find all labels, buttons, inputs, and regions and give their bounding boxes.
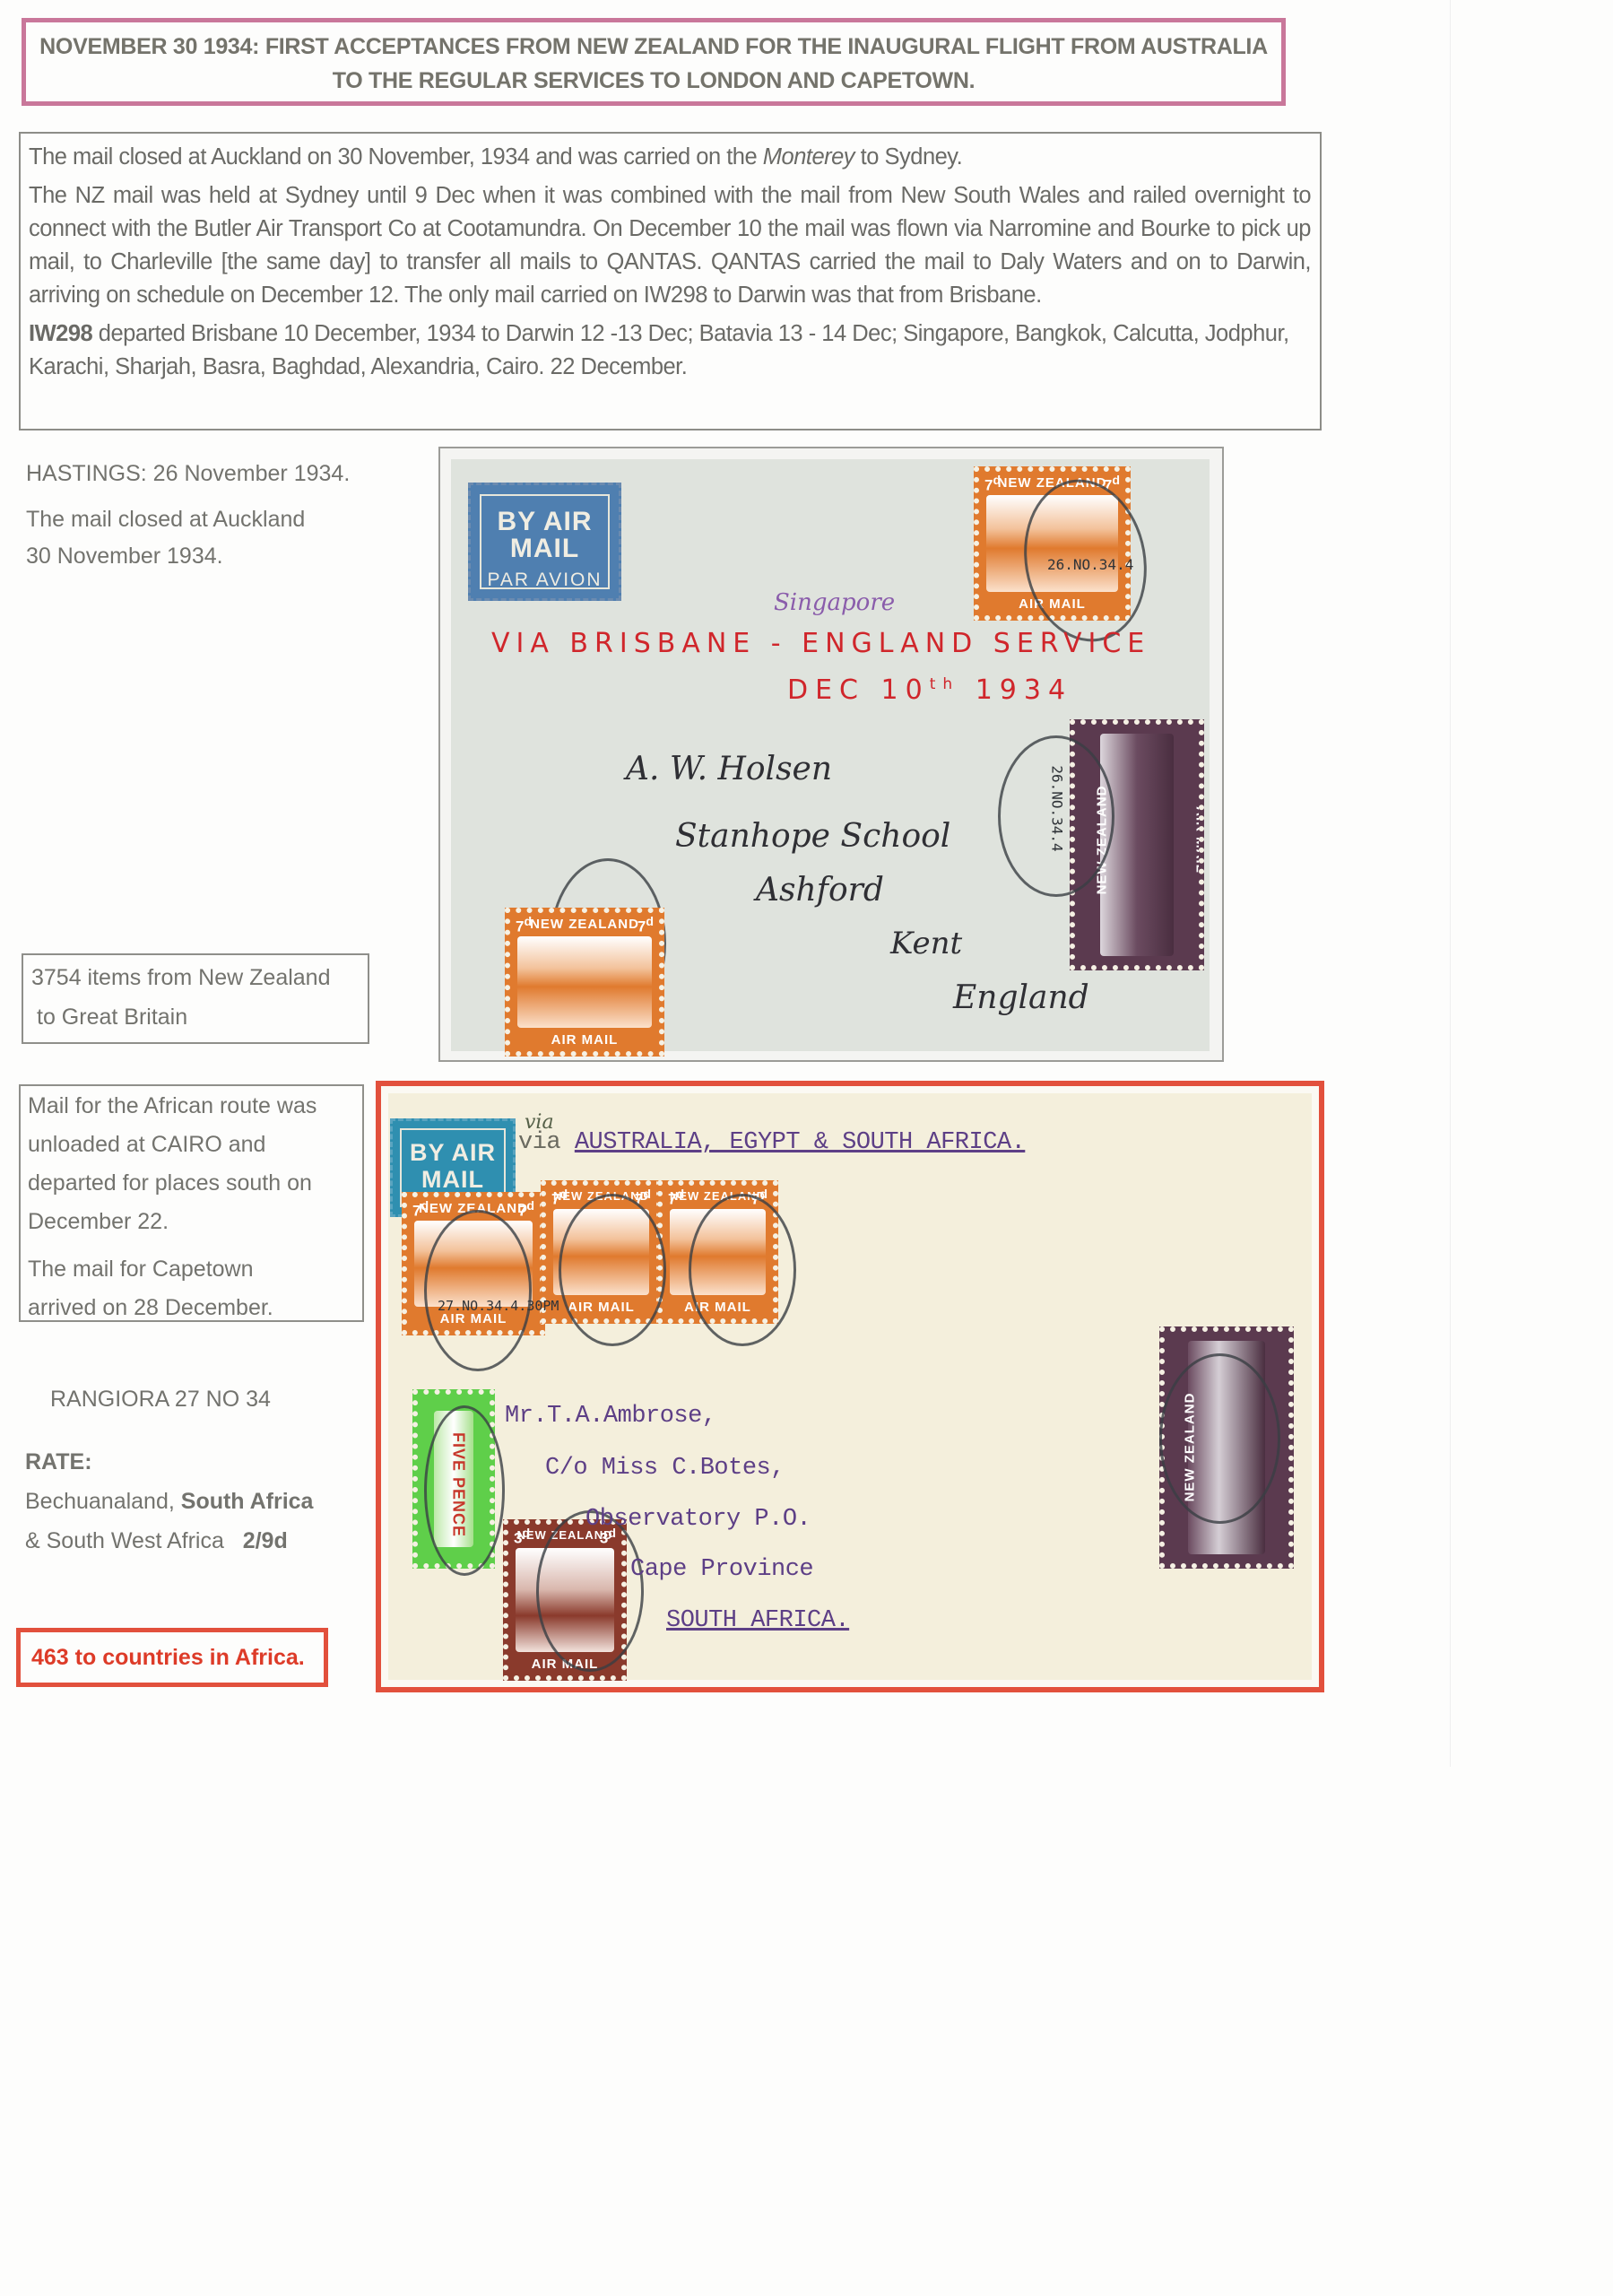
postmark-rangiora-4 [424,1405,505,1576]
page-edge-line [1450,0,1451,1767]
address2-line-3: Observatory P.O. [585,1506,811,1533]
cover2-mount: BY AIR MAIL PAR AVION via via AUSTRALIA,… [376,1081,1324,1692]
arrival-line-1: The mail for Capetown [28,1250,362,1289]
airmail-label-line2: PAR AVION [481,570,608,591]
intro-text-box: The mail closed at Auckland on 30 Novemb… [19,132,1322,430]
handwritten-singapore: Singapore [774,589,895,616]
stamp-7d-airmail-2: 7d7d NEW ZEALAND AIR MAIL [505,908,664,1057]
cover2-route-box: Mail for the African route was unloaded … [19,1084,364,1322]
intro-paragraph-3: IW298 departed Brisbane 10 December, 193… [29,317,1311,384]
address2-line-5: SOUTH AFRICA. [666,1607,849,1634]
postmark-rangiora-1 [424,1210,532,1371]
cover1-closed-line2: 30 November 1934. [26,538,403,575]
address-line-1: A. W. Holsen [626,751,832,787]
intro-paragraph-2: The NZ mail was held at Sydney until 9 D… [29,179,1311,312]
page-title-line1: NOVEMBER 30 1934: FIRST ACCEPTANCES FROM… [26,30,1281,64]
address-line-4: Kent [890,926,962,961]
route-line: via AUSTRALIA, EGYPT & SOUTH AFRICA. [518,1129,1025,1156]
rate-heading: RATE: [25,1442,366,1482]
rate-block: RATE: Bechuanaland, South Africa & South… [25,1442,366,1561]
flight-number: IW298 [29,321,92,346]
airmail-label-line1: BY AIR MAIL [481,509,608,562]
page-title-line2: TO THE REGULAR SERVICES TO LONDON AND CA… [26,64,1281,98]
postmark-rangiora-3 [689,1194,796,1346]
route-line-3: departed for places south on [28,1164,362,1203]
address-line-5: England [953,979,1089,1016]
route-line-2: unloaded at CAIRO and [28,1126,362,1164]
cover1-count-line2: to Great Britain [31,997,368,1037]
route-line-4: December 22. [28,1203,362,1241]
cover1-closed-line1: The mail closed at Auckland [26,501,403,538]
cover1-notes: HASTINGS: 26 November 1934. The mail clo… [26,456,403,575]
rate-line-1: Bechuanaland, South Africa [25,1482,366,1521]
rangiora-caption: RANGIORA 27 NO 34 [50,1381,271,1418]
route-destinations: AUSTRALIA, EGYPT & SOUTH AFRICA. [575,1129,1025,1156]
postmark-rangiora-2 [559,1194,666,1346]
handwritten-date: DEC 10th 1934 [787,674,1072,706]
cover1-mount: BY AIR MAIL PAR AVION 7d7d NEW ZEALAND A… [438,447,1224,1062]
cover1-count-line1: 3754 items from New Zealand [31,958,368,997]
airmail-label: BY AIR MAIL PAR AVION [468,483,621,601]
postmark-date: 26.NO.34.4 [1047,556,1133,573]
address2-line-4: Cape Province [630,1556,813,1583]
rate-line-2: & South West Africa 2/9d [25,1521,366,1561]
address2-line-2: C/o Miss C.Botes, [545,1455,785,1482]
arrival-line-2: arrived on 28 December. [28,1289,362,1327]
intro-paragraph-1: The mail closed at Auckland on 30 Novemb… [29,141,1311,174]
address2-line-1: Mr.T.A.Ambrose, [505,1403,716,1430]
postmark-rangiora-6 [1159,1353,1280,1524]
postmark-date-2: 27.NO.34.4.30PM [438,1298,559,1314]
route-line-1: Mail for the African route was [28,1087,362,1126]
postmark-rangiora-5 [536,1510,644,1672]
cover1-count-box: 3754 items from New Zealand to Great Bri… [22,953,369,1044]
address-line-2: Stanhope School [675,818,950,855]
africa-count-box: 463 to countries in Africa. [16,1628,328,1687]
cover1-envelope: BY AIR MAIL PAR AVION 7d7d NEW ZEALAND A… [451,459,1210,1051]
ship-name: Monterey [763,144,854,170]
cover1-origin: HASTINGS: 26 November 1934. [26,456,403,492]
cover2-envelope: BY AIR MAIL PAR AVION via via AUSTRALIA,… [388,1093,1312,1680]
handwritten-route: VIA BRISBANE - ENGLAND SERVICE [491,628,1150,659]
address-line-3: Ashford [756,872,884,909]
page-title-box: NOVEMBER 30 1934: FIRST ACCEPTANCES FROM… [22,18,1286,106]
